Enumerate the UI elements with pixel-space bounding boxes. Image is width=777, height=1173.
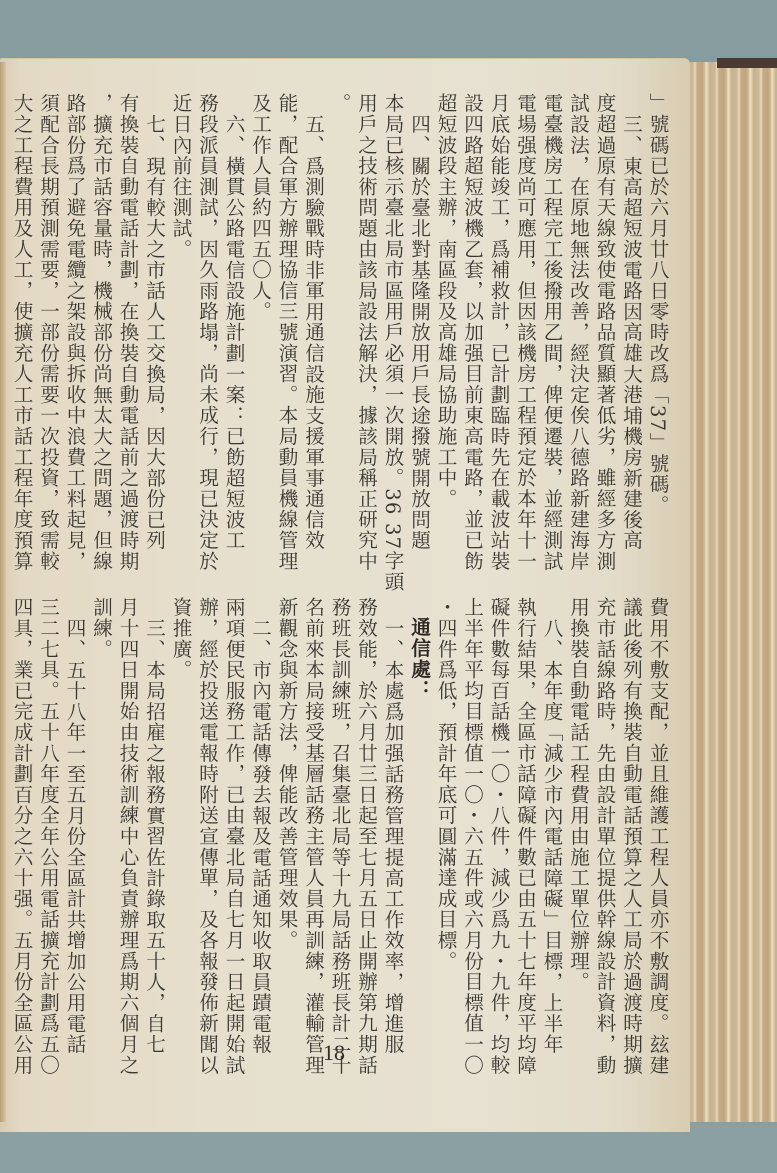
- text-column: 執行結果，全區市話障礙件數已由五十七年度平均障: [511, 597, 538, 1037]
- section-heading: 通信處：: [405, 597, 432, 1037]
- text-column: 路部份爲了避免電纜之架設與拆收中浪費工料起見，: [61, 93, 88, 563]
- paragraph-start-column: 二、市內電話傳發去報及電話通知收取員蹟電報: [246, 597, 273, 1037]
- text-column: 務班長訓練班，召集臺北局等十九局話務班長計二十: [326, 597, 353, 1037]
- text-column: 度超過原有天線致使電路品質顯著低劣，雖經多方測: [591, 93, 618, 563]
- text-column: ・四件爲低，預計年底可圓滿達成目標。: [432, 597, 459, 1037]
- paragraph-start-column: 五、爲測驗戰時非軍用通信設施支援軍事通信效: [299, 93, 326, 563]
- page-number: 18: [323, 1040, 345, 1066]
- paragraph-start-column: 四、五十八年一至五月份全區計共增加公用電話: [61, 597, 88, 1037]
- text-column: 用戶之技術問題由該局設法解決，據該局稱正研究中: [352, 93, 379, 563]
- text-column: 大之工程費用及人工，使擴充人工市話工程年度預算: [8, 93, 35, 563]
- text-column: 四具，業已完成計劃百分之六十强。五月份全區公用: [8, 597, 35, 1037]
- text-column: 上半年平均目標值一〇・六五件或六月份目標值一〇: [458, 597, 485, 1037]
- text-column: 新觀念與新方法，俾能改善管理效果。: [273, 597, 300, 1037]
- text-column: 辦，經於投送電報時附送宣傳單，及各報發佈新聞以: [193, 597, 220, 1037]
- text-column: 充市話線路時，先由設計單位提供幹線設計資料，動: [591, 597, 618, 1037]
- text-column: 及工作人員約四五〇人。: [246, 93, 273, 563]
- paragraph-start-column: 六、橫貫公路電信設施計劃一案：已飭超短波工: [220, 93, 247, 563]
- background-bottom: [0, 1125, 777, 1173]
- text-column: 費用不敷支配，並且維護工程人員亦不敷調度。玆建: [644, 597, 671, 1037]
- text-column: 超短波段主辦，南區段及高雄局協助施工中。: [432, 93, 459, 563]
- text-column: 電臺機房工程完工後撥用乙間，俾便遷裝，並經測試: [538, 93, 565, 563]
- text-column: 三二七具。五十八年度全年公用電話擴充計劃爲五〇: [34, 597, 61, 1037]
- text-column: 務效能，於六月廿三日起至七月五日止開辦第九期話: [352, 597, 379, 1037]
- paragraph-start-column: 四、關於臺北對基隆開放用戶長途撥號開放問題: [405, 93, 432, 563]
- text-column: 訓練。: [87, 597, 114, 1037]
- text-column: ，擴充市話容量時，機械部份尚無太大之問題，但線: [87, 93, 114, 563]
- text-column: 能，配合軍方辦理協信三號演習。本局動員機線管理: [273, 93, 300, 563]
- text-column: 月底始能竣工，爲補救計，已計劃臨時先在載波站裝: [485, 93, 512, 563]
- text-column: 月十四日開始由技術訓練中心負責辦理爲期六個月之: [114, 597, 141, 1037]
- paragraph-start-column: 七、現有較大之市話人工交換局，因大部份已列: [140, 93, 167, 563]
- text-column: 設四路超短波機乙套，以加强目前東高電路，並已飭: [458, 93, 485, 563]
- text-column: 資推廣。: [167, 597, 194, 1037]
- book-gutter: [0, 62, 6, 1122]
- text-column: 有換裝自動電話計劃，在換裝自動電話前之過渡時期: [114, 93, 141, 563]
- text-column: 電場强度尚可應用，但因該機房工程預定於本年十一: [511, 93, 538, 563]
- text-column: 礙件數每百話機一〇・八件，減少爲九・九件，均較: [485, 597, 512, 1037]
- text-column: 務段派員測試，因久雨路塌，尚未成行，現已決定於: [193, 93, 220, 563]
- text-column: 議此後列有換裝自動電話預算之人工局於過渡時期擴: [617, 597, 644, 1037]
- text-column: 試設法，在原地無法改善，經決定俟八德路新建海岸: [564, 93, 591, 563]
- top-text-section: 」號碼已於六月廿八日零時改爲「37」號碼。 三、東高超短波電路因高雄大港埔機房新…: [30, 93, 670, 563]
- bottom-text-section: 費用不敷支配，並且維護工程人員亦不敷調度。玆建 議此後列有換裝自動電話預算之人工…: [30, 597, 670, 1037]
- page-edge-stack: [688, 62, 777, 1122]
- text-column: 兩項便民服務工作，已由臺北局自七月一日起開始試: [220, 597, 247, 1037]
- paragraph-start-column: 三、本局招雇之報務實習佐計錄取五十人，自七: [140, 597, 167, 1037]
- text-column: 用換裝自動電話工程費用由施工單位辦理。: [564, 597, 591, 1037]
- text-column: 名前來本局接受基層話務主管人員再訓練，灌輸管理: [299, 597, 326, 1037]
- background-top: [0, 0, 777, 62]
- text-column: 須配合長期預測需要，一部份需要一次投資，致需較: [34, 93, 61, 563]
- text-column: 。: [326, 93, 353, 563]
- paragraph-start-column: 八、本年度「減少市內電話障礙」目標，上半年: [538, 597, 565, 1037]
- paragraph-start-column: 三、東高超短波電路因高雄大港埔機房新建後高: [617, 93, 644, 563]
- paragraph-start-column: 一、本處爲加强話務管理提高工作效率，增進服: [379, 597, 406, 1037]
- text-column: 」號碼已於六月廿八日零時改爲「37」號碼。: [644, 93, 671, 563]
- text-column: 近日內前往測試。: [167, 93, 194, 563]
- text-column: 本局已核示臺北局市區用戶必須一次開放。36 37字頭: [379, 93, 406, 563]
